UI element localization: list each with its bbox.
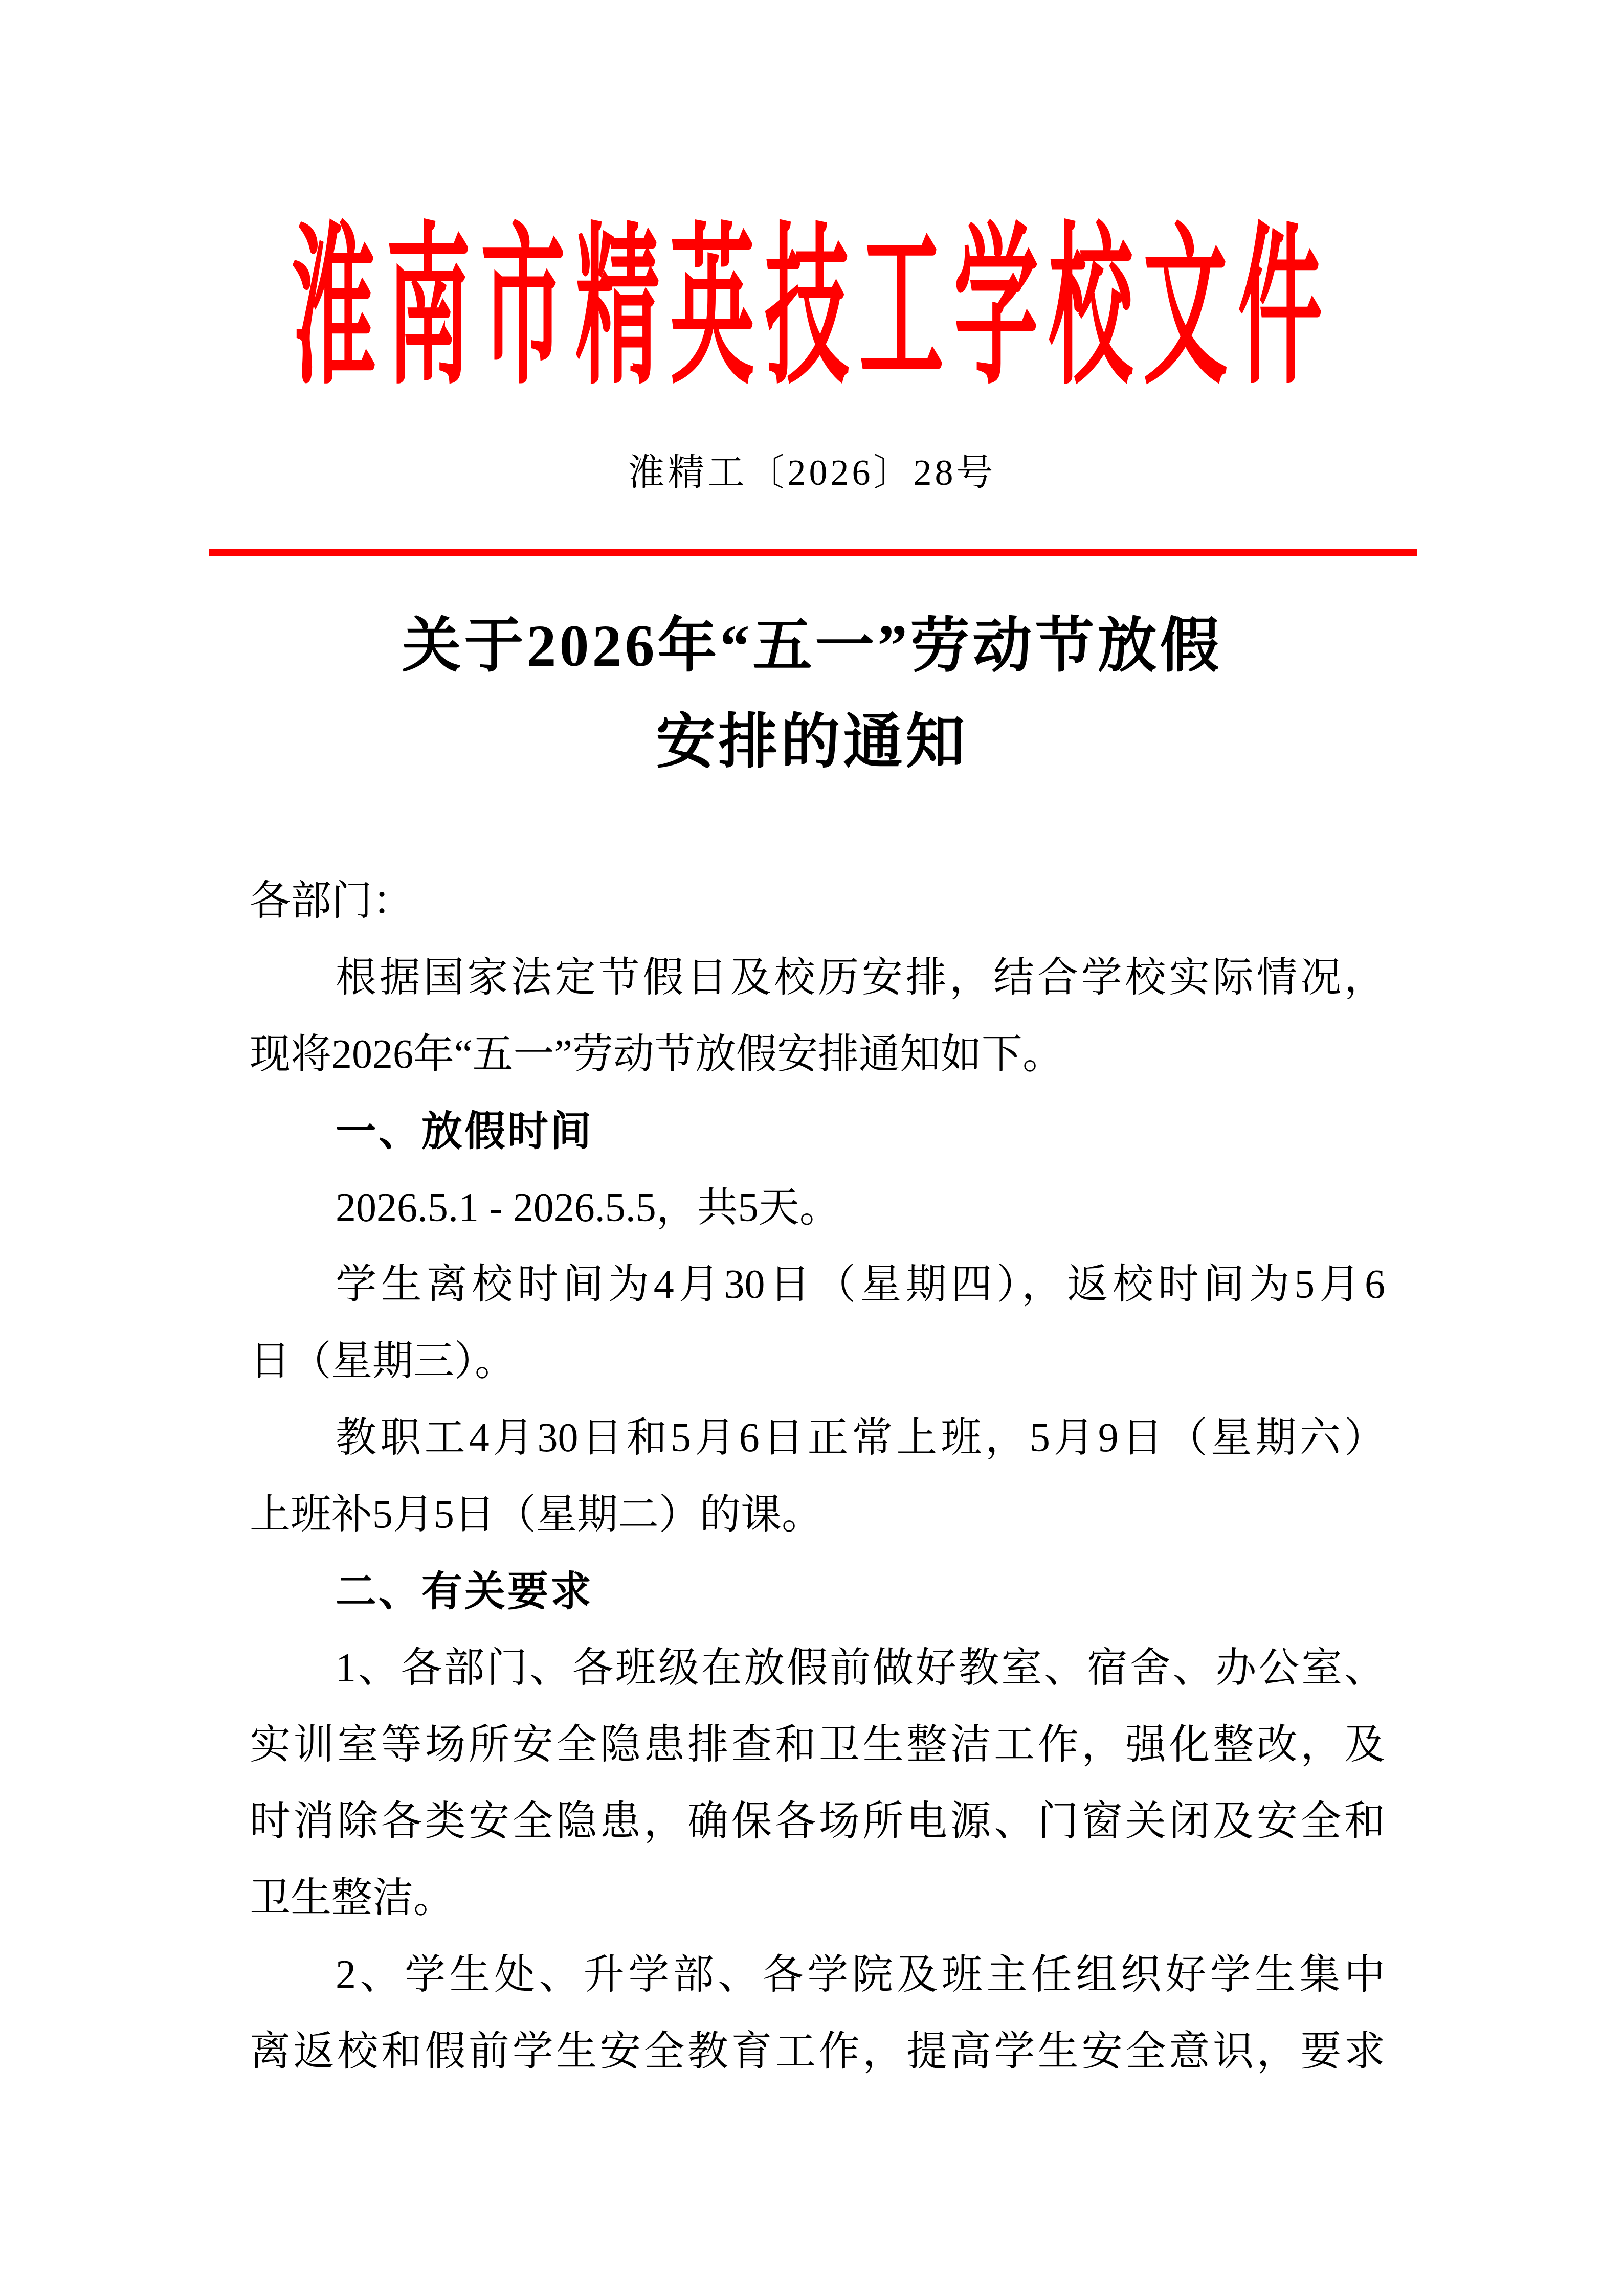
notice-title-line-1: 关于2026年“五一”劳动节放假	[0, 598, 1624, 694]
section-heading-requirements: 二、有关要求	[250, 1553, 1385, 1630]
body-line: 学生离校时间为4月30日（星期四），返校时间为5月6	[250, 1246, 1385, 1323]
salutation: 各部门：	[250, 863, 1385, 939]
body-line: 教职工4月30日和5月6日正常上班，5月9日（星期六）	[250, 1400, 1385, 1476]
body-line: 时消除各类安全隐患，确保各场所电源、门窗关闭及安全和	[250, 1783, 1385, 1860]
body-line: 2、学生处、升学部、各学院及班主任组织好学生集中	[250, 1937, 1385, 2013]
body-line: 上班补5月5日（星期二）的课。	[250, 1476, 1385, 1553]
body-line: 根据国家法定节假日及校历安排，结合学校实际情况，	[250, 939, 1385, 1016]
body-line: 现将2026年“五一”劳动节放假安排通知如下。	[250, 1016, 1385, 1093]
body-line: 日（星期三）。	[250, 1323, 1385, 1400]
notice-title: 关于2026年“五一”劳动节放假 安排的通知	[0, 598, 1624, 791]
document-number: 淮精工〔2026〕28号	[0, 450, 1624, 495]
body-line: 1、各部门、各班级在放假前做好教室、宿舍、办公室、	[250, 1630, 1385, 1706]
section-heading-holiday-time: 一、放假时间	[250, 1093, 1385, 1169]
body-line: 卫生整洁。	[250, 1860, 1385, 1937]
red-header-org-title: 淮南市精英技工学校文件	[0, 220, 1624, 399]
document-page: 淮南市精英技工学校文件 淮精工〔2026〕28号 关于2026年“五一”劳动节放…	[0, 0, 1624, 2296]
notice-title-line-2: 安排的通知	[0, 694, 1624, 791]
body-line: 2026.5.1 - 2026.5.5，共5天。	[250, 1169, 1385, 1246]
body-line: 离返校和假前学生安全教育工作，提高学生安全意识，要求	[250, 2013, 1385, 2090]
body-line: 实训室等场所安全隐患排查和卫生整洁工作，强化整改，及	[250, 1706, 1385, 1783]
red-header-org-title-text: 淮南市精英技工学校文件	[292, 126, 1332, 493]
document-body: 各部门： 根据国家法定节假日及校历安排，结合学校实际情况， 现将2026年“五一…	[250, 863, 1385, 2090]
red-divider-line	[209, 549, 1417, 556]
